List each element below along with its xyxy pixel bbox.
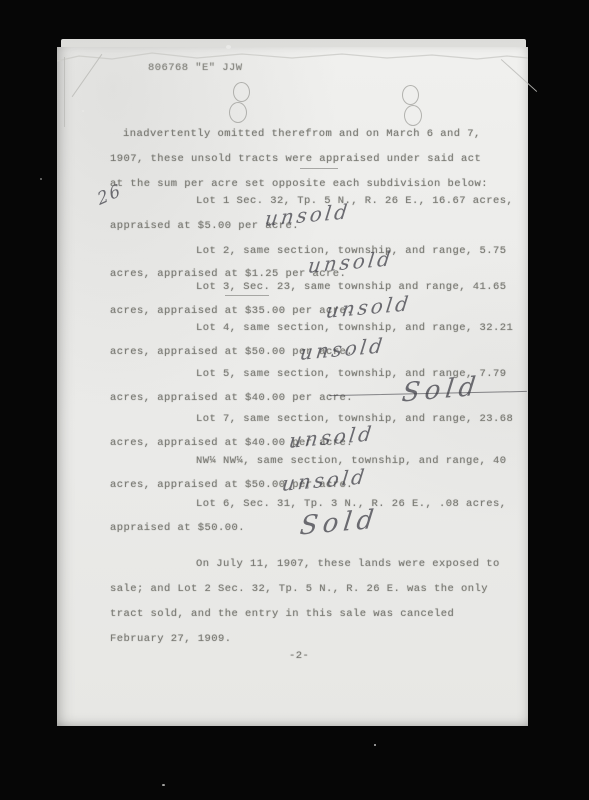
dust-speck [374,744,376,746]
entry-line: Lot 1 Sec. 32, Tp. 5 N., R. 26 E., 16.67… [196,195,513,207]
document-page: 806768 "E" JJW inadvertently omitted the… [57,47,528,726]
closing-line: tract sold, and the entry in this sale w… [110,608,454,620]
margin-note: 26 [95,180,124,210]
underline-mark [300,168,338,169]
hole-punch-mark [404,105,422,126]
closing-line: On July 11, 1907, these lands were expos… [196,558,500,570]
hole-punch-mark [402,85,419,105]
dust-speck [82,110,84,112]
entry-line: Lot 3, Sec. 23, same township and range,… [196,281,507,293]
dust-speck [226,45,231,49]
header-stamp: 806768 "E" JJW [148,62,243,74]
fold-crease-left-edge [64,57,65,127]
hole-punch-mark [229,102,247,123]
handwritten-annotation: Sold [298,504,380,541]
photo-background: 806768 "E" JJW inadvertently omitted the… [0,0,589,800]
entry-line: acres, appraised at $40.00 per acre. [110,392,353,404]
closing-line: sale; and Lot 2 Sec. 32, Tp. 5 N., R. 26… [110,583,488,595]
handwritten-annotation: unsold [299,333,387,365]
hole-punch-mark [233,82,250,102]
handwritten-annotation: unsold [288,421,376,453]
underline-mark [225,295,269,296]
dust-speck [40,178,42,180]
torn-edge-line [57,48,528,68]
intro-line: 1907, these unsold tracts were appraised… [110,153,481,165]
dust-speck [162,784,165,786]
handwritten-annotation: Sold [400,371,482,408]
entry-line: Lot 4, same section, township, and range… [196,322,513,334]
entry-line: acres, appraised at $35.00 per acre. [110,305,353,317]
closing-line: February 27, 1909. [110,633,232,645]
page-number: -2- [289,650,309,662]
handwritten-annotation: unsold [325,291,413,323]
intro-line: inadvertently omitted therefrom and on M… [123,128,481,140]
intro-line: at the sum per acre set opposite each su… [110,178,488,190]
entry-line: appraised at $50.00. [110,522,245,534]
handwritten-annotation: unsold [281,464,369,496]
